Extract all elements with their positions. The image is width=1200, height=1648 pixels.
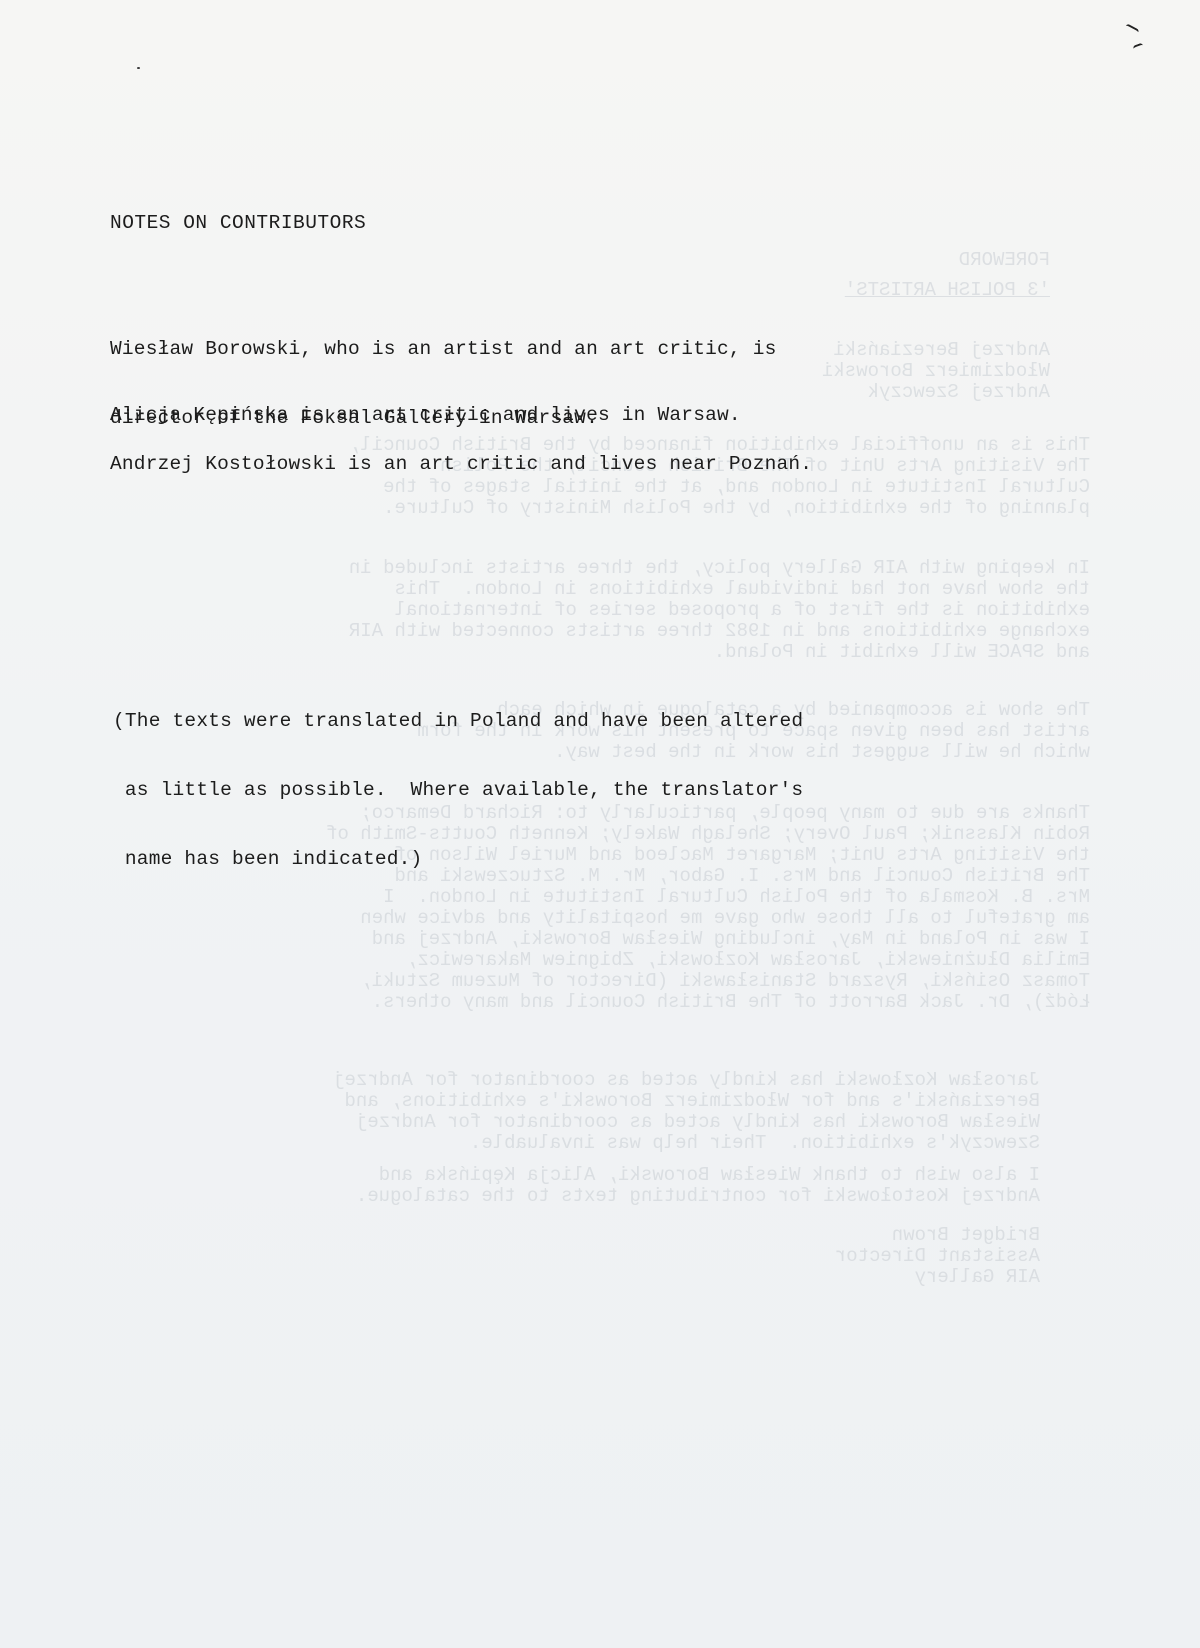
staple-mark	[1133, 43, 1146, 56]
page-title: NOTES ON CONTRIBUTORS	[110, 212, 366, 235]
show-through-paragraph: Jarosław Kozłowski has kindly acted as c…	[333, 1070, 1040, 1154]
document-page: FOREWORD '3 POLISH ARTISTS' Andrzej Bere…	[0, 0, 1200, 1648]
staple-mark	[1122, 23, 1139, 38]
note-line: (The texts were translated in Poland and…	[113, 710, 803, 733]
translation-note: (The texts were translated in Poland and…	[113, 664, 803, 917]
contributor-text-line: Andrzej Kostołowski is an art critic and…	[110, 453, 812, 476]
show-through-title: FOREWORD	[959, 250, 1050, 271]
show-through-signature: Bridget Brown Assistant Director AIR Gal…	[835, 1225, 1040, 1288]
show-through-paragraph: I also wish to thank Wiesław Borowski, A…	[356, 1165, 1040, 1207]
show-through-paragraph: In keeping with AIR Gallery policy, the …	[349, 558, 1090, 663]
note-line: as little as possible. Where available, …	[113, 779, 803, 802]
contributor-entry: Andrzej Kostołowski is an art critic and…	[110, 407, 812, 522]
paper-speck	[137, 67, 140, 69]
show-through-subtitle: '3 POLISH ARTISTS'	[845, 280, 1050, 301]
note-line: name has been indicated.)	[113, 848, 803, 871]
show-through-artist-names: Andrzej Bereziański Włodzimierz Borowski…	[822, 340, 1050, 403]
